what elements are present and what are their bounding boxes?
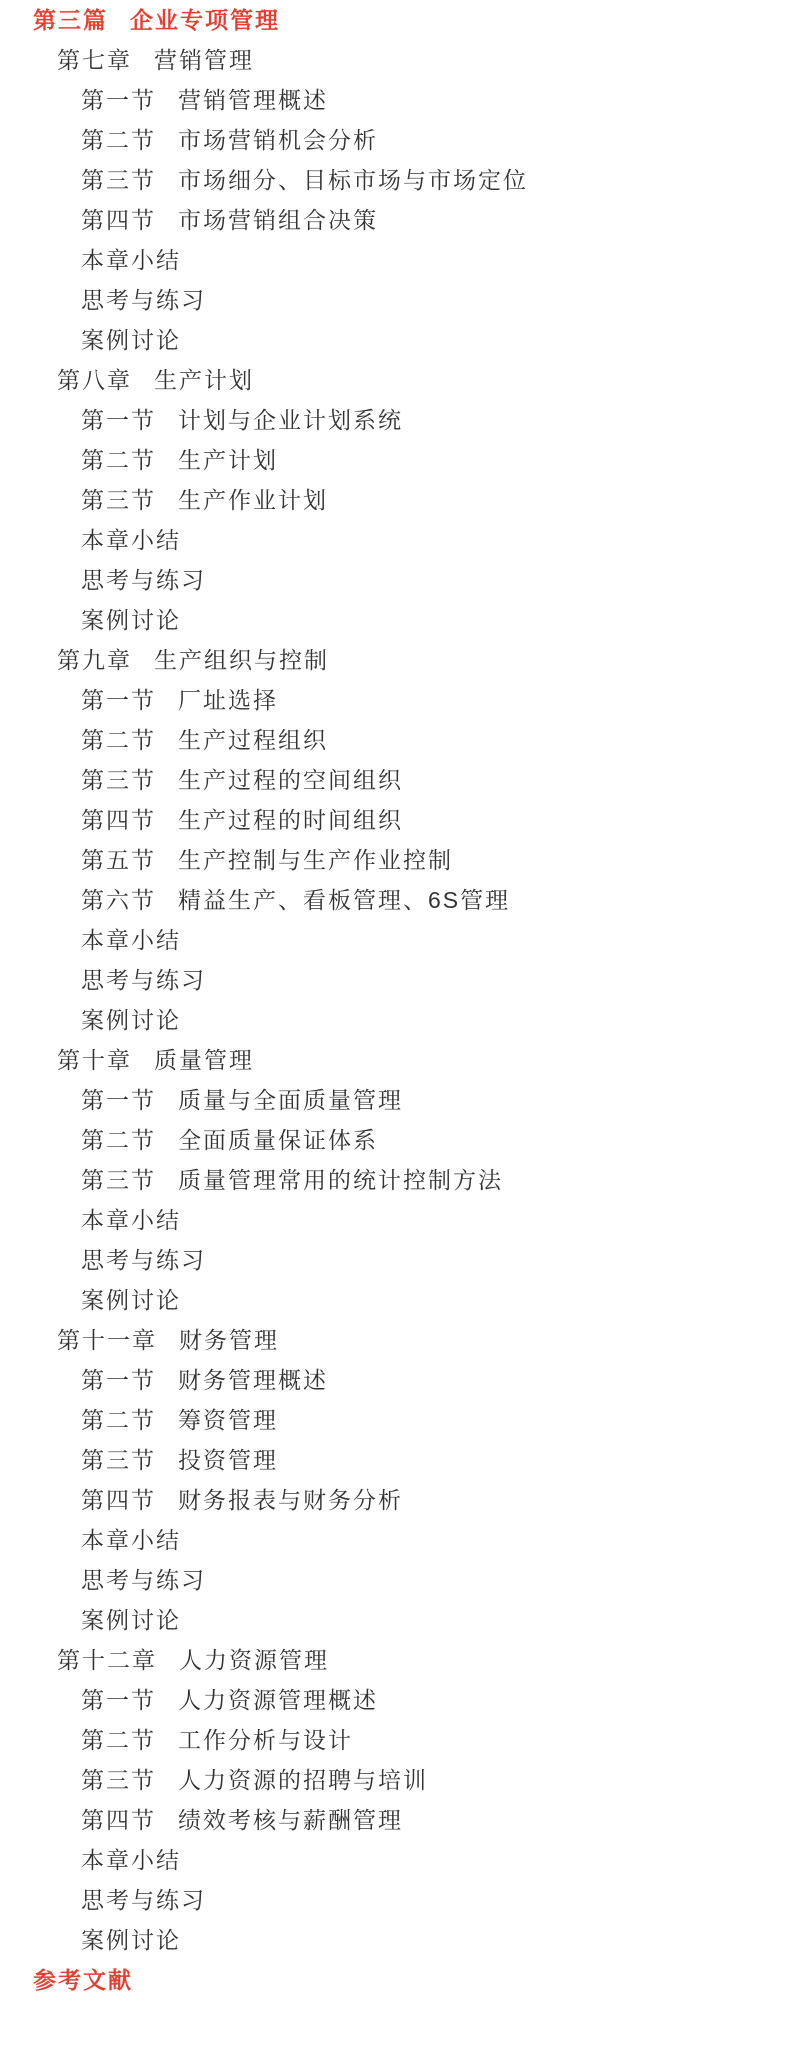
toc-entry-title: 计划与企业计划系统 — [178, 407, 403, 433]
toc-entry-number: 第二节 — [81, 720, 156, 760]
toc-entry-number: 第三节 — [81, 1440, 156, 1480]
toc-aux-entry: 本章小结 — [0, 1200, 790, 1240]
toc-aux-entry: 案例讨论 — [0, 1000, 790, 1040]
toc-section-entry: 第一节质量与全面质量管理 — [0, 1080, 790, 1120]
toc-aux-entry: 案例讨论 — [0, 1280, 790, 1320]
toc-entry-title: 生产过程组织 — [178, 727, 328, 753]
toc-entry-title: 营销管理概述 — [178, 87, 328, 113]
toc-entry-title: 营销管理 — [154, 47, 254, 73]
toc-entry-number: 第三节 — [81, 1760, 156, 1800]
toc-entry-title: 市场营销组合决策 — [178, 207, 378, 233]
toc-entry-title: 思考与练习 — [81, 1567, 206, 1593]
toc-aux-entry: 本章小结 — [0, 1520, 790, 1560]
toc-section-entry: 第二节生产过程组织 — [0, 720, 790, 760]
toc-entry-title: 人力资源管理 — [179, 1647, 329, 1673]
toc-entry-title: 人力资源的招聘与培训 — [178, 1767, 428, 1793]
toc-chapter-entry: 第八章生产计划 — [0, 360, 790, 400]
toc-aux-entry: 思考与练习 — [0, 280, 790, 320]
toc-section-entry: 第二节筹资管理 — [0, 1400, 790, 1440]
toc-section-entry: 第一节厂址选择 — [0, 680, 790, 720]
toc-section-entry: 第三节投资管理 — [0, 1440, 790, 1480]
toc-section-entry: 第二节生产计划 — [0, 440, 790, 480]
toc-aux-entry: 本章小结 — [0, 1840, 790, 1880]
toc-entry-number: 第三节 — [81, 1160, 156, 1200]
toc-entry-title: 质量管理常用的统计控制方法 — [178, 1167, 503, 1193]
toc-entry-number: 第四节 — [81, 1480, 156, 1520]
toc-entry-title: 思考与练习 — [81, 967, 206, 993]
toc-aux-entry: 思考与练习 — [0, 1560, 790, 1600]
toc-aux-entry: 本章小结 — [0, 240, 790, 280]
toc-entry-title: 质量管理 — [154, 1047, 254, 1073]
toc-entry-number: 第二节 — [81, 1400, 156, 1440]
toc-entry-title: 参考文献 — [33, 1967, 133, 1993]
toc-entry-title: 思考与练习 — [81, 287, 206, 313]
toc-section-entry: 第五节生产控制与生产作业控制 — [0, 840, 790, 880]
toc-section-entry: 第一节人力资源管理概述 — [0, 1680, 790, 1720]
toc-section-entry: 第二节工作分析与设计 — [0, 1720, 790, 1760]
toc-chapter-entry: 第十二章人力资源管理 — [0, 1640, 790, 1680]
toc-chapter-entry: 第十一章财务管理 — [0, 1320, 790, 1360]
toc-entry-number: 第二节 — [81, 1720, 156, 1760]
toc-entry-title: 筹资管理 — [178, 1407, 278, 1433]
toc-entry-title: 案例讨论 — [81, 1607, 181, 1633]
toc-entry-title: 全面质量保证体系 — [178, 1127, 378, 1153]
toc-entry-title: 生产计划 — [178, 447, 278, 473]
toc-entry-number: 第二节 — [81, 440, 156, 480]
toc-aux-entry: 案例讨论 — [0, 600, 790, 640]
toc-entry-title: 本章小结 — [81, 1527, 181, 1553]
toc-entry-number: 第三节 — [81, 160, 156, 200]
toc-entry-title: 企业专项管理 — [130, 7, 280, 33]
toc-section-entry: 第一节财务管理概述 — [0, 1360, 790, 1400]
toc-entry-title: 工作分析与设计 — [178, 1727, 353, 1753]
toc-aux-entry: 思考与练习 — [0, 560, 790, 600]
toc-entry-title: 思考与练习 — [81, 1887, 206, 1913]
toc-aux-entry: 思考与练习 — [0, 1240, 790, 1280]
toc-entry-title: 思考与练习 — [81, 567, 206, 593]
toc-section-entry: 第四节绩效考核与薪酬管理 — [0, 1800, 790, 1840]
toc-entry-number: 第九章 — [57, 640, 132, 680]
toc-aux-entry: 思考与练习 — [0, 960, 790, 1000]
toc-entry-title: 案例讨论 — [81, 327, 181, 353]
toc-entry-title: 思考与练习 — [81, 1247, 206, 1273]
toc-entry-title: 投资管理 — [178, 1447, 278, 1473]
toc-section-entry: 第三节生产作业计划 — [0, 480, 790, 520]
toc-entry-title: 财务报表与财务分析 — [178, 1487, 403, 1513]
toc-entry-number: 第二节 — [81, 1120, 156, 1160]
toc-part-entry: 第三篇企业专项管理 — [0, 0, 790, 40]
toc-entry-title: 绩效考核与薪酬管理 — [178, 1807, 403, 1833]
toc-entry-title: 市场细分、目标市场与市场定位 — [178, 167, 528, 193]
toc-entry-number: 第一节 — [81, 80, 156, 120]
toc-entry-title: 生产过程的时间组织 — [178, 807, 403, 833]
toc-section-entry: 第四节生产过程的时间组织 — [0, 800, 790, 840]
toc-entry-number: 第四节 — [81, 800, 156, 840]
toc-entry-number: 第十章 — [57, 1040, 132, 1080]
toc-entry-number: 第三节 — [81, 480, 156, 520]
toc-entry-title: 生产组织与控制 — [154, 647, 329, 673]
toc-section-entry: 第四节市场营销组合决策 — [0, 200, 790, 240]
toc-entry-title: 质量与全面质量管理 — [178, 1087, 403, 1113]
toc-aux-entry: 案例讨论 — [0, 1600, 790, 1640]
toc-entry-title: 本章小结 — [81, 527, 181, 553]
toc-chapter-entry: 第十章质量管理 — [0, 1040, 790, 1080]
toc-section-entry: 第三节市场细分、目标市场与市场定位 — [0, 160, 790, 200]
toc-entry-title: 本章小结 — [81, 247, 181, 273]
toc-entry-title: 市场营销机会分析 — [178, 127, 378, 153]
toc-aux-entry: 本章小结 — [0, 920, 790, 960]
toc-entry-number: 第三篇 — [33, 0, 108, 40]
toc-entry-number: 第一节 — [81, 1680, 156, 1720]
toc-entry-title: 本章小结 — [81, 1207, 181, 1233]
toc-section-entry: 第六节精益生产、看板管理、6S管理 — [0, 880, 790, 920]
toc-entry-title: 案例讨论 — [81, 607, 181, 633]
toc-section-entry: 第四节财务报表与财务分析 — [0, 1480, 790, 1520]
toc-entry-title: 厂址选择 — [178, 687, 278, 713]
toc-entry-number: 第一节 — [81, 1360, 156, 1400]
toc-entry-number: 第七章 — [57, 40, 132, 80]
toc-aux-entry: 案例讨论 — [0, 320, 790, 360]
toc-aux-entry: 案例讨论 — [0, 1920, 790, 1960]
toc-entry-title: 财务管理 — [179, 1327, 279, 1353]
toc-entry-title: 本章小结 — [81, 1847, 181, 1873]
toc-entry-title: 本章小结 — [81, 927, 181, 953]
toc-section-entry: 第一节营销管理概述 — [0, 80, 790, 120]
toc-entry-title: 生产控制与生产作业控制 — [178, 847, 453, 873]
toc-entry-title: 案例讨论 — [81, 1287, 181, 1313]
toc-aux-entry: 思考与练习 — [0, 1880, 790, 1920]
toc-part-entry: 参考文献 — [0, 1960, 790, 2000]
toc-entry-title: 案例讨论 — [81, 1007, 181, 1033]
toc-chapter-entry: 第七章营销管理 — [0, 40, 790, 80]
toc-entry-title: 生产过程的空间组织 — [178, 767, 403, 793]
toc-entry-number: 第一节 — [81, 400, 156, 440]
toc-section-entry: 第二节全面质量保证体系 — [0, 1120, 790, 1160]
toc-section-entry: 第三节人力资源的招聘与培训 — [0, 1760, 790, 1800]
toc-entry-number: 第十二章 — [57, 1640, 157, 1680]
toc-entry-number: 第六节 — [81, 880, 156, 920]
toc-entry-title: 生产计划 — [154, 367, 254, 393]
toc-entry-title: 案例讨论 — [81, 1927, 181, 1953]
toc-entry-number: 第二节 — [81, 120, 156, 160]
toc-entry-number: 第五节 — [81, 840, 156, 880]
toc-aux-entry: 本章小结 — [0, 520, 790, 560]
toc-entry-number: 第十一章 — [57, 1320, 157, 1360]
toc-entry-title: 财务管理概述 — [178, 1367, 328, 1393]
toc-entry-number: 第一节 — [81, 1080, 156, 1120]
toc-entry-number: 第四节 — [81, 200, 156, 240]
toc-entry-title: 生产作业计划 — [178, 487, 328, 513]
toc-section-entry: 第一节计划与企业计划系统 — [0, 400, 790, 440]
toc-entry-number: 第三节 — [81, 760, 156, 800]
toc-entry-number: 第八章 — [57, 360, 132, 400]
toc-section-entry: 第三节生产过程的空间组织 — [0, 760, 790, 800]
table-of-contents: 第三篇企业专项管理 第七章营销管理 第一节营销管理概述 第二节市场营销机会分析 … — [0, 0, 790, 2000]
toc-section-entry: 第二节市场营销机会分析 — [0, 120, 790, 160]
toc-entry-number: 第四节 — [81, 1800, 156, 1840]
toc-entry-title: 精益生产、看板管理、6S管理 — [178, 887, 510, 913]
toc-section-entry: 第三节质量管理常用的统计控制方法 — [0, 1160, 790, 1200]
toc-chapter-entry: 第九章生产组织与控制 — [0, 640, 790, 680]
toc-entry-number: 第一节 — [81, 680, 156, 720]
toc-entry-title: 人力资源管理概述 — [178, 1687, 378, 1713]
